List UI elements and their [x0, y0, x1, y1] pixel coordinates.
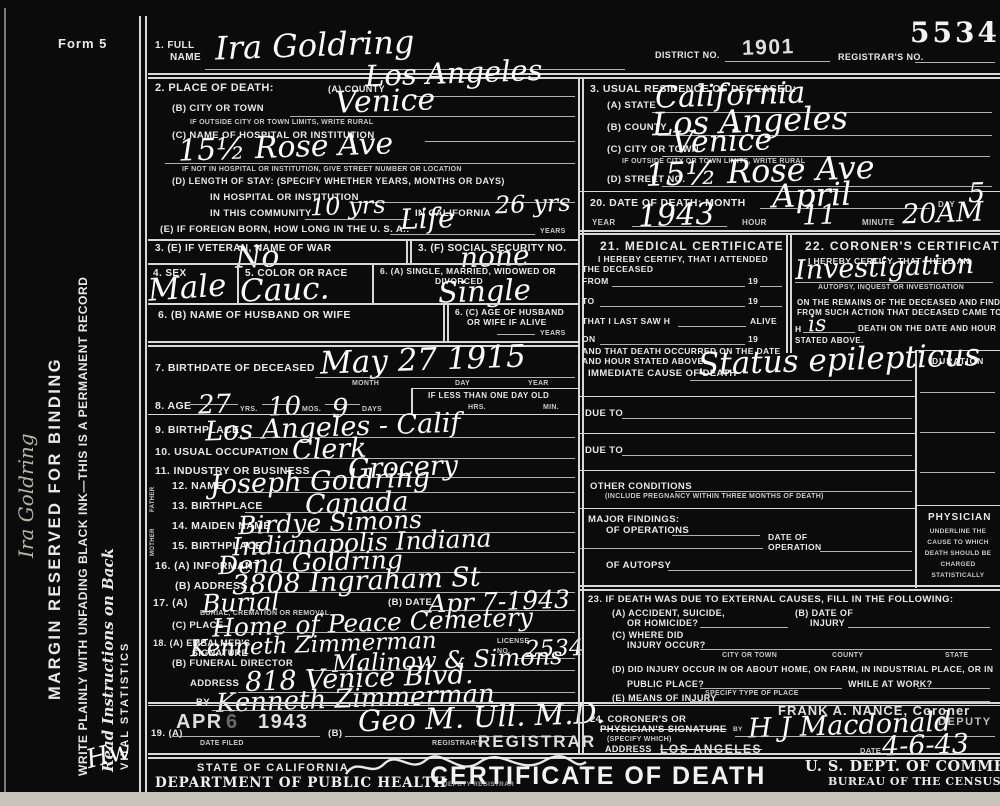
rule — [622, 455, 912, 456]
rule — [262, 404, 300, 405]
coroner-action-note: AUTOPSY, INQUEST OR INVESTIGATION — [818, 284, 964, 291]
footer-state: STATE OF CALIFORNIA — [197, 762, 349, 774]
medical-cert-closing: AND HOUR STATED ABOVE. — [582, 356, 706, 366]
rule — [918, 688, 990, 689]
death-minute-value: 20AM — [901, 197, 984, 231]
rule — [315, 377, 575, 378]
city-label: (B) CITY OR TOWN — [172, 103, 264, 114]
due-to-label: DUE TO — [585, 445, 623, 456]
by-label: BY — [733, 726, 743, 733]
rule — [690, 701, 990, 702]
rule — [675, 491, 912, 492]
registrar-no-label: REGISTRAR'S NO. — [838, 52, 924, 62]
death-hour-value: 11 — [801, 199, 836, 231]
rule — [803, 332, 855, 333]
rule — [578, 470, 915, 471]
rule — [410, 239, 412, 263]
rule — [290, 116, 575, 117]
rule — [497, 334, 535, 335]
scan-edge-line — [4, 8, 6, 792]
father-bracket-label: FATHER — [150, 487, 156, 512]
rule — [238, 437, 575, 438]
date-of-operation-label: DATE OF — [768, 532, 807, 542]
age-label: 8. AGE — [155, 400, 191, 412]
state-sub: STATE — [945, 652, 968, 659]
due-to-label: DUE TO — [585, 408, 623, 419]
birthdate-value: May 27 1915 — [319, 338, 526, 381]
margin-divider — [145, 16, 147, 792]
injury-date-label: INJURY — [810, 618, 845, 628]
of-autopsy-label: OF AUTOPSY — [606, 560, 671, 571]
city-note: IF OUTSIDE CITY OR TOWN LIMITS, WRITE RU… — [190, 119, 373, 126]
rule — [622, 418, 912, 419]
rule — [148, 77, 1000, 79]
coroner-line: DEATH ON THE DATE AND HOUR — [858, 324, 996, 333]
rule — [700, 627, 788, 628]
rule — [578, 508, 915, 509]
on-label: ON — [582, 334, 596, 344]
rule — [612, 286, 745, 287]
in-community-value: 10 yrs — [310, 191, 386, 222]
rule — [578, 589, 1000, 591]
mother-bracket-label: MOTHER — [150, 528, 156, 556]
district-no-stamp: 1901 — [742, 35, 796, 61]
other-conditions-note: (INCLUDE PREGNANCY WITHIN THREE MONTHS O… — [605, 493, 824, 500]
years-suffix: YEARS — [540, 228, 566, 235]
accident-label: (A) ACCIDENT, SUICIDE, — [612, 608, 725, 618]
deputy-registrar-stamp: DEPUTY REGISTRAR — [443, 781, 514, 788]
foreign-born-value: Life — [399, 201, 455, 236]
rule — [578, 548, 763, 549]
rule — [690, 380, 912, 381]
margin-ink-warning: WRITE PLAINLY WITH UNFADING BLACK INK—TH… — [76, 276, 90, 776]
injury-location-label: (D) DID INJURY OCCUR IN OR ABOUT HOME, O… — [612, 664, 993, 674]
coroner-signature-label: PHYSICIAN'S SIGNATURE — [600, 724, 727, 735]
rule — [148, 73, 1000, 75]
margin-pencil-name: Ira Goldring — [14, 433, 38, 558]
coroner-line: FROM SUCH ACTION THAT DECEASED CAME TO — [797, 308, 1000, 317]
rule — [790, 233, 792, 353]
medical-cert-line: I HEREBY CERTIFY, THAT I ATTENDED — [598, 254, 768, 264]
rule — [725, 61, 830, 62]
to-19: 19 — [748, 296, 758, 306]
date-filed-stamp: 1943 — [258, 711, 309, 734]
rule — [443, 303, 445, 341]
rule — [632, 226, 727, 227]
date-of-operation-label: OPERATION — [768, 542, 822, 552]
to-label: TO — [582, 296, 594, 306]
rule — [668, 570, 912, 571]
registrar-sig-field-label: (B) — [328, 728, 342, 739]
rule — [305, 219, 410, 220]
hospital-note: IF NOT IN HOSPITAL OR INSTITUTION, GIVE … — [182, 166, 462, 173]
month-sub-label: MONTH — [352, 380, 379, 387]
in-california-value: 26 yrs — [495, 189, 571, 220]
county-sub: COUNTY — [832, 652, 863, 659]
residence-state-label: (A) STATE — [607, 100, 656, 111]
rule — [165, 163, 575, 164]
physician-box-note: UNDERLINE THE CAUSE TO WHICH DEATH SHOUL… — [919, 526, 997, 581]
spouse-age-label: 6. (C) AGE OF HUSBAND — [455, 307, 564, 317]
rule — [425, 141, 575, 142]
date-filed-note: DATE FILED — [200, 740, 244, 747]
rule — [915, 505, 1000, 506]
spouse-age-label: OR WIFE IF ALIVE — [467, 317, 547, 327]
birthdate-label: 7. BIRTHDATE OF DECEASED — [155, 362, 315, 374]
rule — [760, 286, 782, 287]
rule — [700, 649, 992, 650]
rule — [600, 306, 745, 307]
rule — [390, 234, 535, 235]
rule — [678, 326, 746, 327]
rule — [795, 282, 993, 283]
from-19: 19 — [748, 276, 758, 286]
disposition-label: 17. (A) — [153, 597, 188, 609]
injury-date-label: (B) DATE OF — [795, 608, 853, 618]
years-suffix: YEARS — [540, 330, 566, 337]
rule — [578, 585, 1000, 587]
rule — [920, 432, 995, 433]
coroner-action-value: Investigation — [795, 249, 975, 286]
specify-place-note: SPECIFY TYPE OF PLACE — [705, 690, 799, 697]
rule — [447, 303, 449, 341]
physician-box-title: PHYSICIAN — [928, 512, 991, 523]
rule — [237, 263, 239, 303]
district-no-label: DISTRICT NO. — [655, 50, 720, 60]
rule — [148, 303, 578, 305]
yrs-label: YRS. — [240, 406, 258, 413]
in-community-label: IN THIS COMMUNITY — [210, 208, 312, 219]
margin-divider — [139, 16, 141, 792]
rule — [415, 96, 575, 97]
full-name-label: NAME — [170, 52, 201, 63]
death-minute-label: MINUTE — [862, 218, 894, 227]
rule — [325, 404, 360, 405]
rule — [920, 392, 995, 393]
injury-where-label: INJURY OCCUR? — [627, 640, 706, 650]
duration-box-border — [915, 350, 917, 588]
rule — [190, 404, 238, 405]
registrars-note: REGISTRAR'S — [432, 740, 483, 747]
deputy-registrar-signature-scrawl — [340, 752, 590, 782]
occupation-label: 10. USUAL OCCUPATION — [155, 446, 288, 458]
rule — [172, 736, 320, 737]
city-or-town-sub: CITY OR TOWN — [722, 652, 777, 659]
on-19: 19 — [748, 334, 758, 344]
foreign-born-label: (E) IF FOREIGN BORN, HOW LONG IN THE U. … — [160, 224, 410, 235]
rule — [672, 535, 760, 536]
rule — [406, 239, 408, 263]
year-sub-label: YEAR — [528, 380, 549, 387]
injury-where-label: (C) WHERE DID — [612, 630, 684, 640]
rule — [372, 263, 374, 303]
rule — [148, 263, 578, 265]
deputy-stamp: DEPUTY — [938, 716, 992, 728]
rule — [578, 230, 1000, 232]
medical-certificate-title: 21. MEDICAL CERTIFICATE — [600, 239, 784, 253]
death-year-label: YEAR — [592, 218, 615, 227]
rule — [578, 396, 915, 397]
h-scrawl: is — [808, 312, 827, 338]
rule — [578, 433, 915, 434]
rule — [600, 344, 745, 345]
full-name-label: 1. FULL — [155, 40, 194, 51]
margin-binding-text: MARGIN RESERVED FOR BINDING — [46, 357, 65, 700]
rule — [786, 233, 788, 353]
major-findings-label: MAJOR FINDINGS: — [588, 514, 680, 525]
date-filed-stamp: 6 — [226, 711, 239, 734]
rule — [578, 233, 1000, 235]
death-year-value: 1943 — [637, 197, 715, 235]
column-divider — [582, 77, 584, 753]
public-place-label: PUBLIC PLACE? — [627, 679, 704, 689]
rule — [760, 306, 782, 307]
city-value: Venice — [334, 82, 435, 120]
rule — [920, 472, 995, 473]
place-of-death-title: 2. PLACE OF DEATH: — [155, 82, 274, 94]
length-of-stay-label: (D) LENGTH OF STAY: (SPECIFY WHETHER YEA… — [172, 176, 505, 186]
coroner-line: ON THE REMAINS OF THE DECEASED AND FIND — [797, 298, 1000, 307]
rule — [848, 627, 990, 628]
form-number: Form 5 — [58, 36, 107, 51]
medical-cert-line: THE DECEASED — [582, 264, 653, 274]
footer-census-bureau: BUREAU OF THE CENSUS — [828, 775, 1000, 788]
accident-label: OR HOMICIDE? — [627, 618, 698, 628]
rule — [915, 62, 995, 63]
footer-us-dept: U. S. DEPT. OF COMMERCE — [805, 758, 1000, 775]
death-hour-label: HOUR — [742, 218, 767, 227]
less-than-day-label: IF LESS THAN ONE DAY OLD — [428, 391, 549, 400]
rule — [820, 551, 912, 552]
min-label: MIN. — [543, 404, 559, 411]
rule — [700, 688, 842, 689]
certificate-number: 5534 — [910, 16, 1000, 49]
death-certificate-scan: Form 5 MARGIN RESERVED FOR BINDING WRITE… — [0, 0, 1000, 806]
alive-label: ALIVE — [750, 316, 777, 326]
date-filed-stamp: APR — [176, 711, 223, 734]
from-label: FROM — [582, 276, 609, 286]
hrs-label: HRS. — [468, 404, 486, 411]
column-divider — [578, 77, 580, 753]
rule — [411, 388, 578, 389]
external-causes-title: 23. IF DEATH WAS DUE TO EXTERNAL CAUSES,… — [588, 594, 953, 605]
h-label: H — [795, 324, 802, 334]
scan-bottom-strip — [0, 792, 1000, 806]
last-saw-label: THAT I LAST SAW H — [582, 316, 670, 326]
day-sub-label: DAY — [455, 380, 470, 387]
spouse-name-label: 6. (B) NAME OF HUSBAND OR WIFE — [158, 309, 351, 321]
